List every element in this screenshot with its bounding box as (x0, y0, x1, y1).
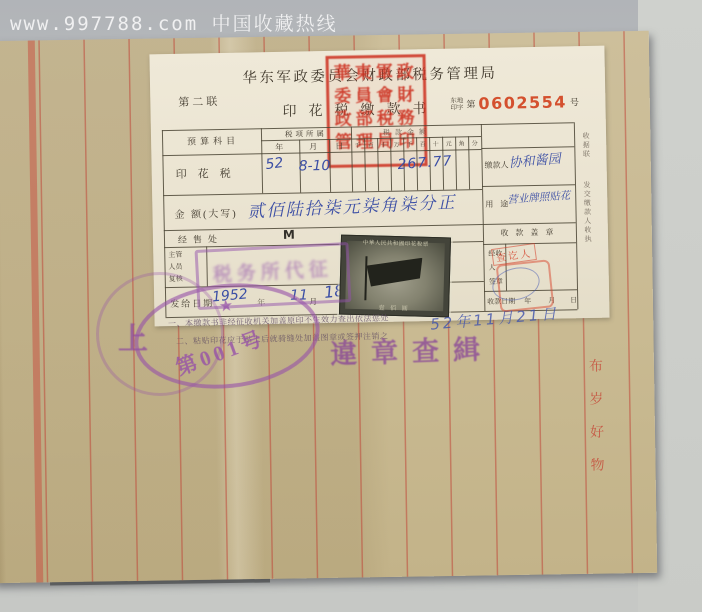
handwritten-amount: 267.77 (397, 153, 453, 173)
serial-number: 0602554 (478, 92, 567, 113)
period-unit-day: 日 (335, 141, 343, 152)
side-caption-bottom: 发交缴款人收执 (583, 181, 592, 244)
edge-char: 好 (590, 422, 606, 442)
page-edge-characters: 布 岁 好 物 (589, 356, 607, 475)
revenue-stamp: 中華人民共和國印花稅票 壹 佰 圓 (339, 235, 451, 318)
serial-region-bottom: 印字 (450, 104, 463, 111)
serial-suffix: 号 (570, 95, 579, 108)
amount-unit: 千 (403, 139, 416, 148)
payer-value: 协和酱园 (508, 148, 561, 172)
side-caption: 收据联 发交缴款人收执 (581, 132, 594, 302)
edge-char: 岁 (589, 389, 605, 409)
edge-char: 布 (589, 356, 605, 376)
handwritten-year: 52 (265, 155, 285, 173)
period-unit-month: 月 (309, 141, 317, 152)
payer-label: 缴款人 (485, 160, 509, 171)
amount-unit: 百 (364, 140, 377, 149)
amount-unit: 角 (455, 138, 468, 147)
amount-header: 税款金额 (383, 127, 431, 138)
circle-stamp-number: 第001号 (171, 322, 269, 382)
star-icon: ★ (218, 295, 234, 316)
amount-unit-row: 千 百 十 万 千 百 十 元 角 分 (351, 138, 481, 149)
purpose-value: 营业牌照贴花 (507, 188, 571, 207)
tax-period-label: 税项所属 (263, 128, 349, 141)
amount-unit: 十 (429, 139, 442, 148)
watermark-text: www.997788.com 中国收藏热线 (10, 9, 338, 36)
agency-value: M (283, 228, 295, 242)
amount-unit: 千 (351, 140, 364, 149)
amount-unit: 百 (416, 139, 429, 148)
collect-unit-day: 日 (570, 295, 577, 305)
period-unit-year: 年 (275, 142, 283, 153)
photo-canvas: 布 岁 好 物 第二联 华东军政委员会财政部税务管理局 印花税缴款书 东地 印字… (0, 0, 702, 612)
serial-block: 东地 印字 第 0602554 号 (450, 92, 579, 113)
reviewer-line: 主管 (168, 249, 182, 261)
edge-char: 物 (590, 455, 606, 475)
handwritten-period: 8-10 (298, 158, 330, 175)
reviewer-line: 人员 (168, 261, 182, 273)
side-caption-top: 收据联 (582, 132, 591, 159)
receipt-header: 收款盖章 (485, 226, 576, 239)
amount-unit: 分 (468, 138, 481, 147)
agency-label: 经售处 (178, 232, 223, 246)
budget-subject-label: 预算科目 (169, 133, 257, 148)
amount-unit: 十 (377, 140, 390, 149)
seal-line: 華東軍政 (329, 60, 423, 85)
seal-line: 委員會財 (329, 83, 423, 108)
amount-unit: 万 (390, 140, 403, 149)
tax-item-label: 印花税 (176, 165, 242, 182)
serial-no-label: 第 (466, 97, 475, 110)
amount-words-label: 金 额(大写) (174, 205, 237, 221)
amount-unit: 元 (442, 139, 455, 148)
violation-stamp-text: 違章查緝 (329, 327, 494, 372)
